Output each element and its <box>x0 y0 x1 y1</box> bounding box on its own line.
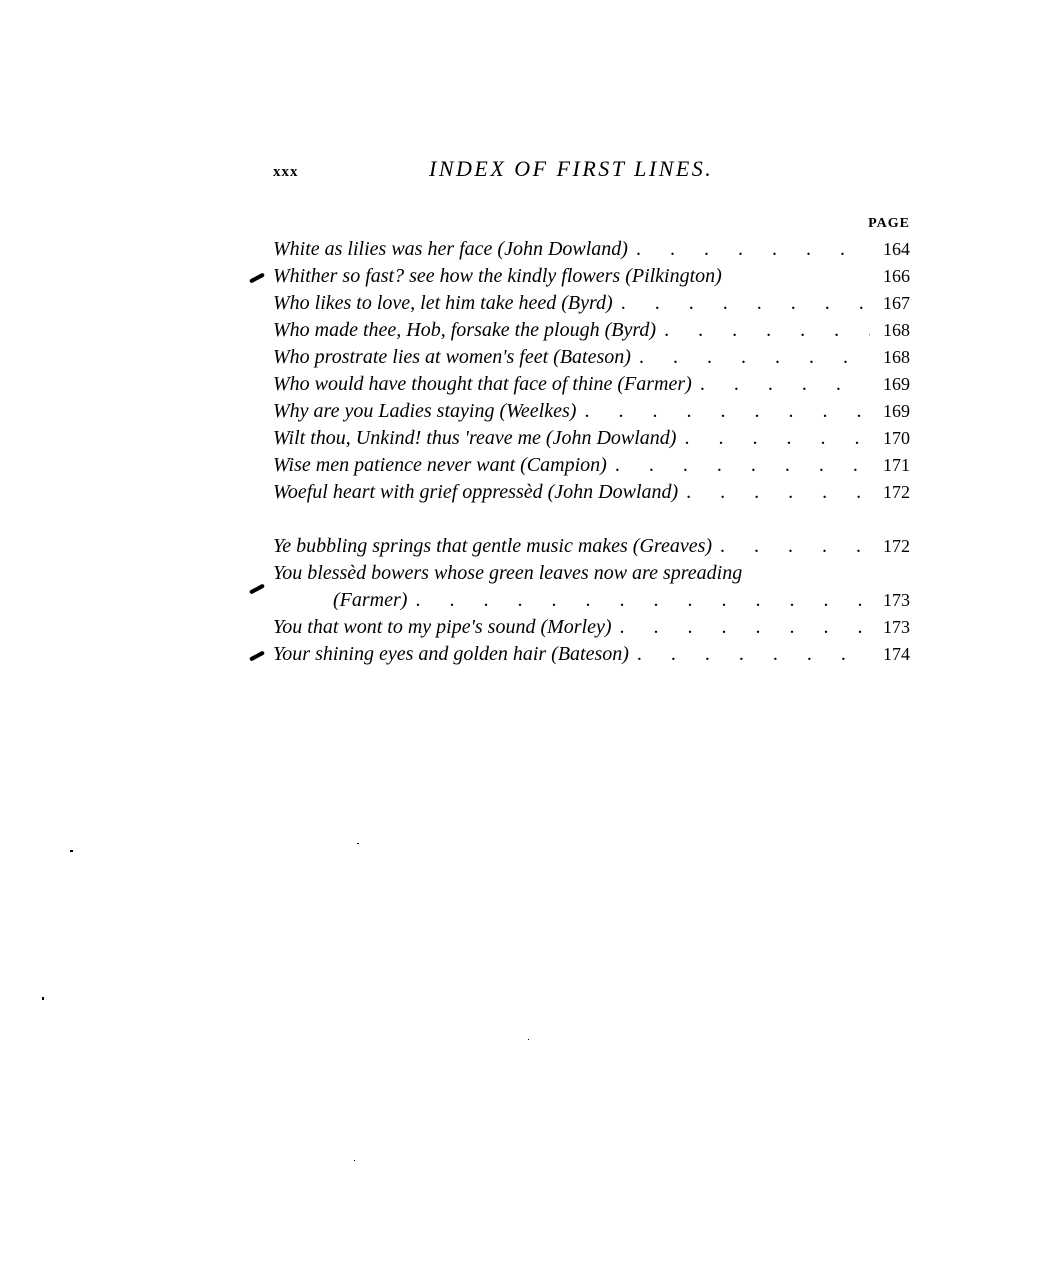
entry-text: Ye bubbling springs that gentle music ma… <box>273 533 712 560</box>
running-head: xxx INDEX OF FIRST LINES. <box>273 156 913 186</box>
index-list: White as lilies was her face (John Dowla… <box>273 236 910 668</box>
index-entry: Why are you Ladies staying (Weelkes) . .… <box>273 398 910 425</box>
dot-leader: . . . . . . . . . . . . . . . . . . . . … <box>576 398 870 425</box>
entry-page: 173 <box>870 587 910 614</box>
dot-leader: . . . . . . . . . . . . . . . . . . . . … <box>629 641 870 668</box>
entry-text: Who prostrate lies at women's feet (Bate… <box>273 344 631 371</box>
entry-page: 166 <box>870 263 910 290</box>
dot-leader: . . . . . . . . . . . . . . . . . . . . … <box>613 290 870 317</box>
index-entry: Ye bubbling springs that gentle music ma… <box>273 533 910 560</box>
scan-speck <box>70 850 73 852</box>
index-entry: Woeful heart with grief oppressèd (John … <box>273 479 910 506</box>
index-entry: Who prostrate lies at women's feet (Bate… <box>273 344 910 371</box>
entry-page: 167 <box>870 290 910 317</box>
page-column-label: PAGE <box>868 216 910 232</box>
dot-leader: . . . . . . . . . . . . . . . . . . . . … <box>676 425 870 452</box>
index-entry-continuation: (Farmer) . . . . . . . . . . . . . . . .… <box>273 587 910 614</box>
entry-page: 171 <box>870 452 910 479</box>
dot-leader: . . . . . . . . . . . . . . . . . . . . … <box>656 317 870 344</box>
entry-page: 168 <box>870 317 910 344</box>
index-entry: Who likes to love, let him take heed (By… <box>273 290 910 317</box>
entry-page: 168 <box>870 344 910 371</box>
scan-speck <box>354 1160 355 1161</box>
entry-text: Your shining eyes and golden hair (Bates… <box>273 641 629 668</box>
entry-text: You that wont to my pipe's sound (Morley… <box>273 614 612 641</box>
index-entry: Wise men patience never want (Campion) .… <box>273 452 910 479</box>
page-title: INDEX OF FIRST LINES. <box>429 156 713 182</box>
dot-leader: . . . . . . . . . . . . . . . . . . . . … <box>712 533 870 560</box>
dot-leader: . . . . . . . . . . . . . . . . . . . . … <box>607 452 870 479</box>
entry-page: 164 <box>870 236 910 263</box>
dot-leader: . . . . . . . . . . . . . . . . . . . . … <box>678 479 870 506</box>
pencil-mark-icon <box>249 272 265 283</box>
entry-text: Wilt thou, Unkind! thus 'reave me (John … <box>273 425 676 452</box>
entry-text: Why are you Ladies staying (Weelkes) <box>273 398 576 425</box>
index-entry: Your shining eyes and golden hair (Bates… <box>273 641 910 668</box>
index-entry: Wilt thou, Unkind! thus 'reave me (John … <box>273 425 910 452</box>
entry-text: White as lilies was her face (John Dowla… <box>273 236 628 263</box>
entry-text: You blessèd bowers whose green leaves no… <box>273 560 742 587</box>
pencil-mark-icon <box>249 650 265 661</box>
entry-text: Who would have thought that face of thin… <box>273 371 692 398</box>
index-entry: White as lilies was her face (John Dowla… <box>273 236 910 263</box>
entry-text: Woeful heart with grief oppressèd (John … <box>273 479 678 506</box>
pencil-mark-icon <box>249 583 265 594</box>
entry-page: 170 <box>870 425 910 452</box>
dot-leader: . . . . . . . . . . . . . . . . . . . . … <box>407 587 870 614</box>
scan-speck <box>42 997 44 1000</box>
page-folio: xxx <box>273 164 299 181</box>
index-entry: Who made thee, Hob, forsake the plough (… <box>273 317 910 344</box>
entry-text: Wise men patience never want (Campion) <box>273 452 607 479</box>
entry-page: 173 <box>870 614 910 641</box>
entry-text: Whither so fast? see how the kindly flow… <box>273 263 722 290</box>
index-entry: You that wont to my pipe's sound (Morley… <box>273 614 910 641</box>
index-entry: Whither so fast? see how the kindly flow… <box>273 263 910 290</box>
dot-leader: . . . . . . . . . . . . . . . . . . . . … <box>628 236 870 263</box>
entry-text: (Farmer) <box>333 587 407 614</box>
index-entry: Who would have thought that face of thin… <box>273 371 910 398</box>
scan-speck <box>528 1039 529 1040</box>
book-page: xxx INDEX OF FIRST LINES. PAGE White as … <box>0 0 1046 1286</box>
entry-page: 172 <box>870 479 910 506</box>
entry-text: Who likes to love, let him take heed (By… <box>273 290 613 317</box>
index-entry: You blessèd bowers whose green leaves no… <box>273 560 910 587</box>
entry-text: Who made thee, Hob, forsake the plough (… <box>273 317 656 344</box>
entry-page: 169 <box>870 398 910 425</box>
entry-page: 169 <box>870 371 910 398</box>
dot-leader: . . . . . . . . . . . . . . . . . . . . … <box>612 614 870 641</box>
scan-speck <box>357 843 359 844</box>
dot-leader: . . . . . . . . . . . . . . . . . . . . … <box>631 344 870 371</box>
entry-page: 174 <box>870 641 910 668</box>
entry-page: 172 <box>870 533 910 560</box>
dot-leader: . . . . . . . . . . . . . . . . . . . . … <box>692 371 870 398</box>
